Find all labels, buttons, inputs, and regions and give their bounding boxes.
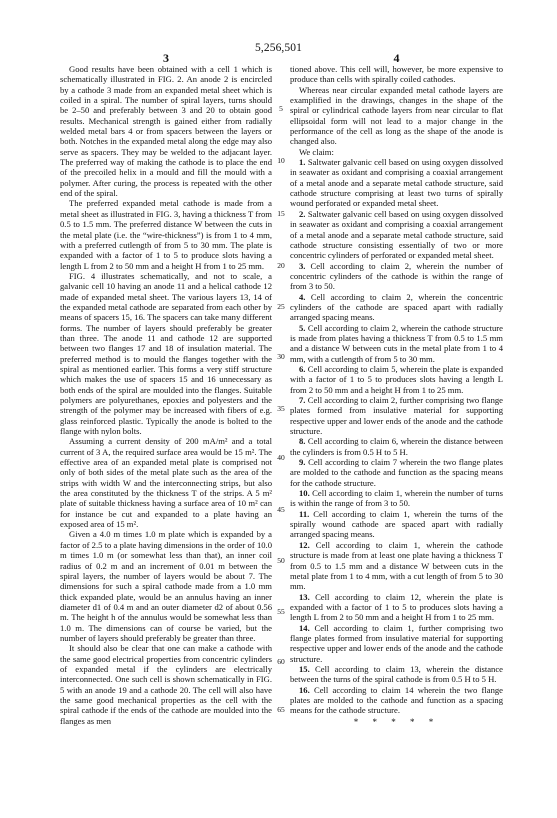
claim-number: 15. (299, 664, 310, 674)
line-number: 25 (273, 302, 289, 311)
line-number: 55 (273, 607, 289, 616)
claim-text: Cell according to claim 5, wherein the p… (290, 364, 503, 395)
claim-text: Cell according to claim 6, wherein the d… (290, 436, 503, 456)
line-number: 65 (273, 705, 289, 714)
claim-text: Cell according to claim 12, wherein the … (290, 592, 503, 623)
claim-text: Cell according to claim 1, wherein the c… (290, 540, 503, 591)
paragraph: The preferred expanded metal cathode is … (60, 198, 272, 270)
claim-number: 16. (299, 685, 310, 695)
claim: 13. Cell according to claim 12, wherein … (290, 592, 503, 623)
claim: 6. Cell according to claim 5, wherein th… (290, 364, 503, 395)
claim-text: Cell according to claim 14 wherein the t… (290, 685, 503, 716)
paragraph: Whereas near circular expanded metal cat… (290, 85, 503, 147)
claim-text: Saltwater galvanic cell based on using o… (290, 209, 503, 260)
claims-list: 1. Saltwater galvanic cell based on usin… (290, 157, 503, 716)
line-number: 20 (273, 261, 289, 270)
claim-number: 11. (299, 509, 309, 519)
claim-text: Cell according to claim 1, wherein the n… (290, 488, 503, 508)
claim: 5. Cell according to claim 2, wherein th… (290, 323, 503, 364)
claim: 12. Cell according to claim 1, wherein t… (290, 540, 503, 592)
line-number: 60 (273, 657, 289, 666)
claim: 14. Cell according to claim 1, further c… (290, 623, 503, 664)
paragraph: It should also be clear that one can mak… (60, 643, 272, 726)
line-number: 35 (273, 404, 289, 413)
end-mark: * * * * * (290, 717, 503, 727)
claim: 8. Cell according to claim 6, wherein th… (290, 436, 503, 457)
line-number: 50 (273, 556, 289, 565)
claims-intro: We claim: (290, 147, 503, 157)
claim: 2. Saltwater galvanic cell based on usin… (290, 209, 503, 261)
claim: 4. Cell according to claim 2, wherein th… (290, 292, 503, 323)
line-number-gutter: 5101520253035404550556065 (273, 0, 289, 818)
claim-text: Cell according to claim 7 wherein the tw… (290, 457, 503, 488)
line-number: 40 (273, 453, 289, 462)
claim-text: Cell according to claim 2, wherein the n… (290, 261, 503, 292)
claim-text: Cell according to claim 1, further compr… (290, 623, 503, 664)
claim: 3. Cell according to claim 2, wherein th… (290, 261, 503, 292)
claim-number: 12. (299, 540, 310, 550)
claim-text: Saltwater galvanic cell based on using o… (290, 157, 503, 208)
left-text-column: Good results have been obtained with a c… (60, 64, 272, 726)
paragraph: tioned above. This cell will, however, b… (290, 64, 503, 85)
claim: 9. Cell according to claim 7 wherein the… (290, 457, 503, 488)
claim-text: Cell according to claim 2, wherein the c… (290, 323, 503, 364)
claim-number: 13. (299, 592, 310, 602)
claim: 1. Saltwater galvanic cell based on usin… (290, 157, 503, 209)
line-number: 45 (273, 505, 289, 514)
paragraph: FIG. 4 illustrates schematically, and no… (60, 271, 272, 437)
line-number: 30 (273, 352, 289, 361)
paragraph: Assuming a current density of 200 mA/m² … (60, 436, 272, 529)
claim: 15. Cell according to claim 13, wherein … (290, 664, 503, 685)
paragraph: Good results have been obtained with a c… (60, 64, 272, 198)
claim: 7. Cell according to claim 2, further co… (290, 395, 503, 436)
claim: 11. Cell according to claim 1, wherein t… (290, 509, 503, 540)
line-number: 10 (273, 156, 289, 165)
paragraph: Given a 4.0 m times 1.0 m plate which is… (60, 529, 272, 643)
claim-text: Cell according to claim 13, wherein the … (290, 664, 503, 684)
claim-number: 14. (299, 623, 310, 633)
line-number: 5 (273, 104, 289, 113)
claim-text: Cell according to claim 1, wherein the t… (290, 509, 503, 540)
claim-text: Cell according to claim 2, further compr… (290, 395, 503, 436)
line-number: 15 (273, 209, 289, 218)
claim: 10. Cell according to claim 1, wherein t… (290, 488, 503, 509)
claim-text: Cell according to claim 2, wherein the c… (290, 292, 503, 323)
right-text-column: tioned above. This cell will, however, b… (290, 64, 503, 727)
claim-number: 10. (299, 488, 310, 498)
claim: 16. Cell according to claim 14 wherein t… (290, 685, 503, 716)
